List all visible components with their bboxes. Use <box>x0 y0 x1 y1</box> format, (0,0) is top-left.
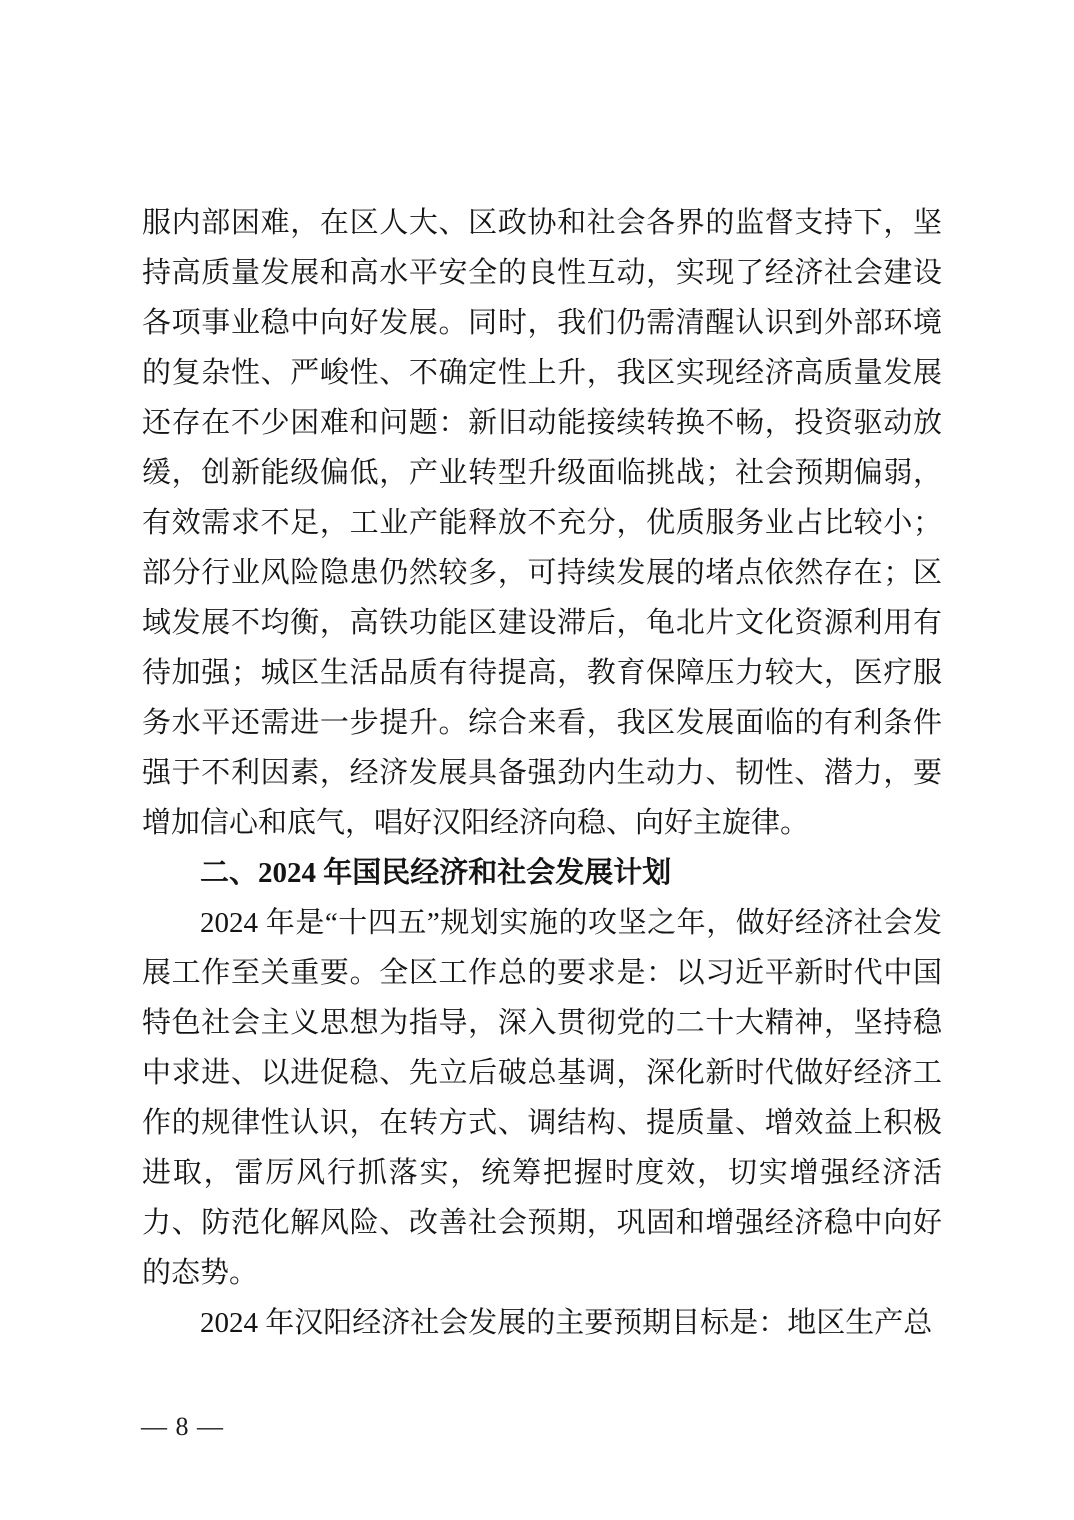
section-heading: 二、2024 年国民经济和社会发展计划 <box>142 848 942 898</box>
paragraph: 2024 年是“十四五”规划实施的攻坚之年，做好经济社会发展工作至关重要。全区工… <box>142 898 942 1298</box>
paragraph-continued: 服内部困难，在区人大、区政协和社会各界的监督支持下，坚持高质量发展和高水平安全的… <box>142 198 942 848</box>
paragraph-cutoff: 2024 年汉阳经济社会发展的主要预期目标是：地区生产总 <box>142 1298 942 1348</box>
page-content: 服内部困难，在区人大、区政协和社会各界的监督支持下，坚持高质量发展和高水平安全的… <box>142 198 942 1348</box>
document-page: 服内部困难，在区人大、区政协和社会各界的监督支持下，坚持高质量发展和高水平安全的… <box>0 0 1074 1520</box>
page-number: — 8 — <box>141 1410 224 1444</box>
